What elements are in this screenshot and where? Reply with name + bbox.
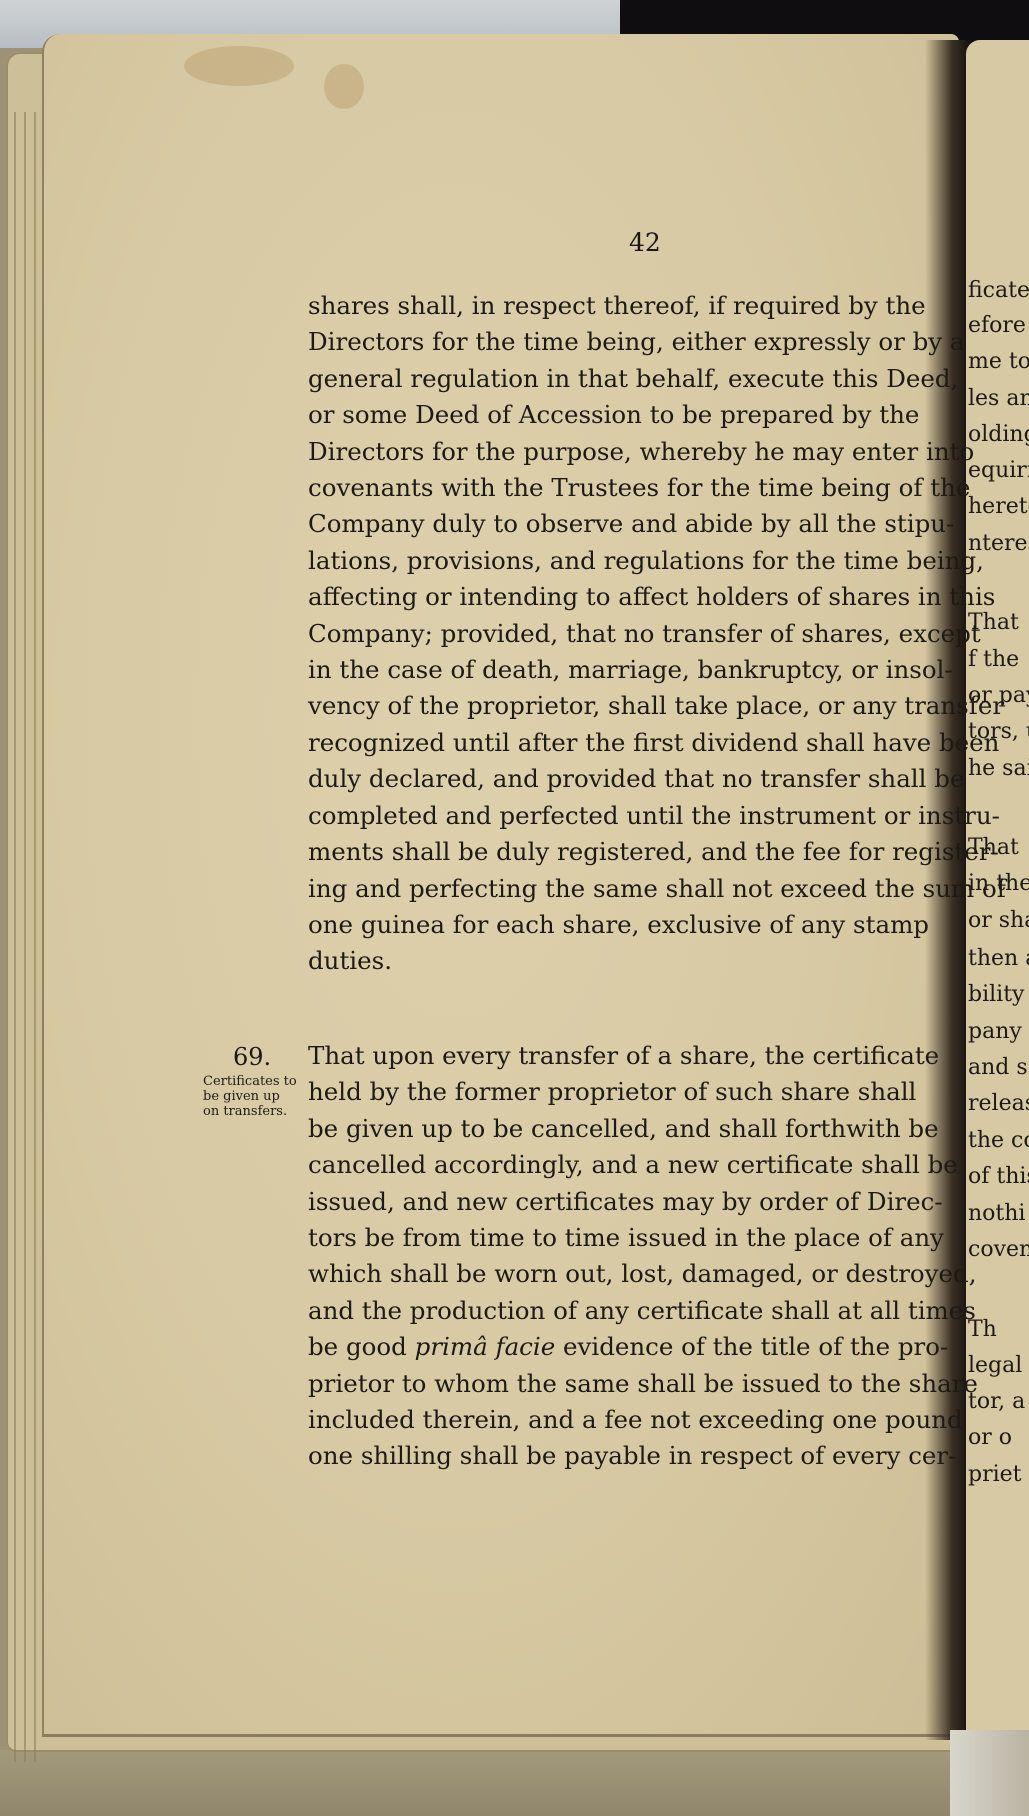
italic-phrase: primâ facie <box>415 1332 556 1361</box>
text-line: Directors for the time being, either exp… <box>308 324 948 360</box>
text-fragment: evidence of the title of the pro- <box>555 1332 948 1361</box>
next-page-text-fragment: me to <box>968 349 1029 374</box>
next-page-text-fragment: equiring <box>968 458 1029 483</box>
text-line: one guinea for each share, exclusive of … <box>308 907 948 943</box>
text-line: be given up to be cancelled, and shall f… <box>308 1111 948 1147</box>
next-page-text-fragment: releas <box>968 1091 1029 1116</box>
text-line: or some Deed of Accession to be prepared… <box>308 397 948 433</box>
text-line: duties. <box>308 943 948 979</box>
text-line: held by the former proprietor of such sh… <box>308 1074 948 1110</box>
marginal-note: Certificates tobe given upon transfers. <box>203 1074 313 1119</box>
text-line: Directors for the purpose, whereby he ma… <box>308 434 948 470</box>
text-line: issued, and new certificates may by orde… <box>308 1184 948 1220</box>
water-stain <box>184 46 294 86</box>
page-edge-line <box>34 112 36 1762</box>
text-line: be good primâ facie evidence of the titl… <box>308 1329 948 1365</box>
text-line: Certificates to <box>203 1074 313 1089</box>
page-edge-line <box>24 112 26 1762</box>
text-line: prietor to whom the same shall be issued… <box>308 1366 948 1402</box>
next-page-text-fragment: or shal <box>968 908 1029 933</box>
text-line: tors be from time to time issued in the … <box>308 1220 948 1256</box>
next-page-text-fragment: then a <box>968 946 1029 971</box>
next-page-text-fragment: of this <box>968 1164 1029 1189</box>
text-line: Company; provided, that no transfer of s… <box>308 616 948 652</box>
text-line: one shilling shall be payable in respect… <box>308 1438 948 1474</box>
water-stain <box>324 64 364 109</box>
next-page-text-fragment: olding, <box>968 422 1029 447</box>
text-line: ments shall be duly registered, and the … <box>308 834 948 870</box>
text-line: Company duly to observe and abide by all… <box>308 506 948 542</box>
text-line: cancelled accordingly, and a new certifi… <box>308 1147 948 1183</box>
text-line: affecting or intending to affect holders… <box>308 579 948 615</box>
text-fragment: be good <box>308 1332 415 1361</box>
next-page-text-fragment: or o <box>968 1425 1012 1450</box>
text-line: completed and perfected until the instru… <box>308 798 948 834</box>
next-page-text-fragment: he said <box>968 756 1029 781</box>
text-line: shares shall, in respect thereof, if req… <box>308 288 948 324</box>
next-page-text-fragment: f the <box>968 647 1019 672</box>
next-page-text-fragment: les an <box>968 386 1029 411</box>
text-line: which shall be worn out, lost, damaged, … <box>308 1256 948 1292</box>
paragraph-continuation: shares shall, in respect thereof, if req… <box>308 288 948 980</box>
page-edge-line <box>14 112 16 1762</box>
section-number: 69. <box>233 1043 271 1071</box>
next-page-text-fragment: ficate to <box>968 278 1029 303</box>
next-page-text-fragment: coven <box>968 1237 1029 1262</box>
text-line: in the case of death, marriage, bankrupt… <box>308 652 948 688</box>
text-line: be given up <box>203 1089 313 1104</box>
page-number: 42 <box>629 228 661 257</box>
background-table <box>0 1750 1029 1816</box>
next-page-text-fragment: efore c <box>968 313 1029 338</box>
text-line: That upon every transfer of a share, the… <box>308 1038 948 1074</box>
text-line: covenants with the Trustees for the time… <box>308 470 948 506</box>
next-page-text-fragment: hereto <box>968 494 1029 519</box>
text-line: ing and perfecting the same shall not ex… <box>308 871 948 907</box>
text-line: lations, provisions, and regulations for… <box>308 543 948 579</box>
next-page-text-fragment: priet <box>968 1462 1022 1487</box>
next-page-text-fragment: nothi <box>968 1201 1025 1226</box>
text-line: included therein, and a fee not exceedin… <box>308 1402 948 1438</box>
page-stack-right <box>950 1730 1029 1816</box>
next-page-text-fragment: pany i <box>968 1019 1029 1044</box>
next-page-text-fragment: the co <box>968 1128 1029 1153</box>
next-page-text-fragment: bility c <box>968 982 1029 1007</box>
text-line: and the production of any certificate sh… <box>308 1293 948 1329</box>
text-line: duly declared, and provided that no tran… <box>308 761 948 797</box>
next-page-text-fragment: and s <box>968 1055 1028 1080</box>
section-69-text: That upon every transfer of a share, the… <box>308 1038 948 1475</box>
text-line: general regulation in that behalf, execu… <box>308 361 948 397</box>
text-line: on transfers. <box>203 1104 313 1119</box>
text-line: recognized until after the first dividen… <box>308 725 948 761</box>
text-line: vency of the proprietor, shall take plac… <box>308 688 948 724</box>
